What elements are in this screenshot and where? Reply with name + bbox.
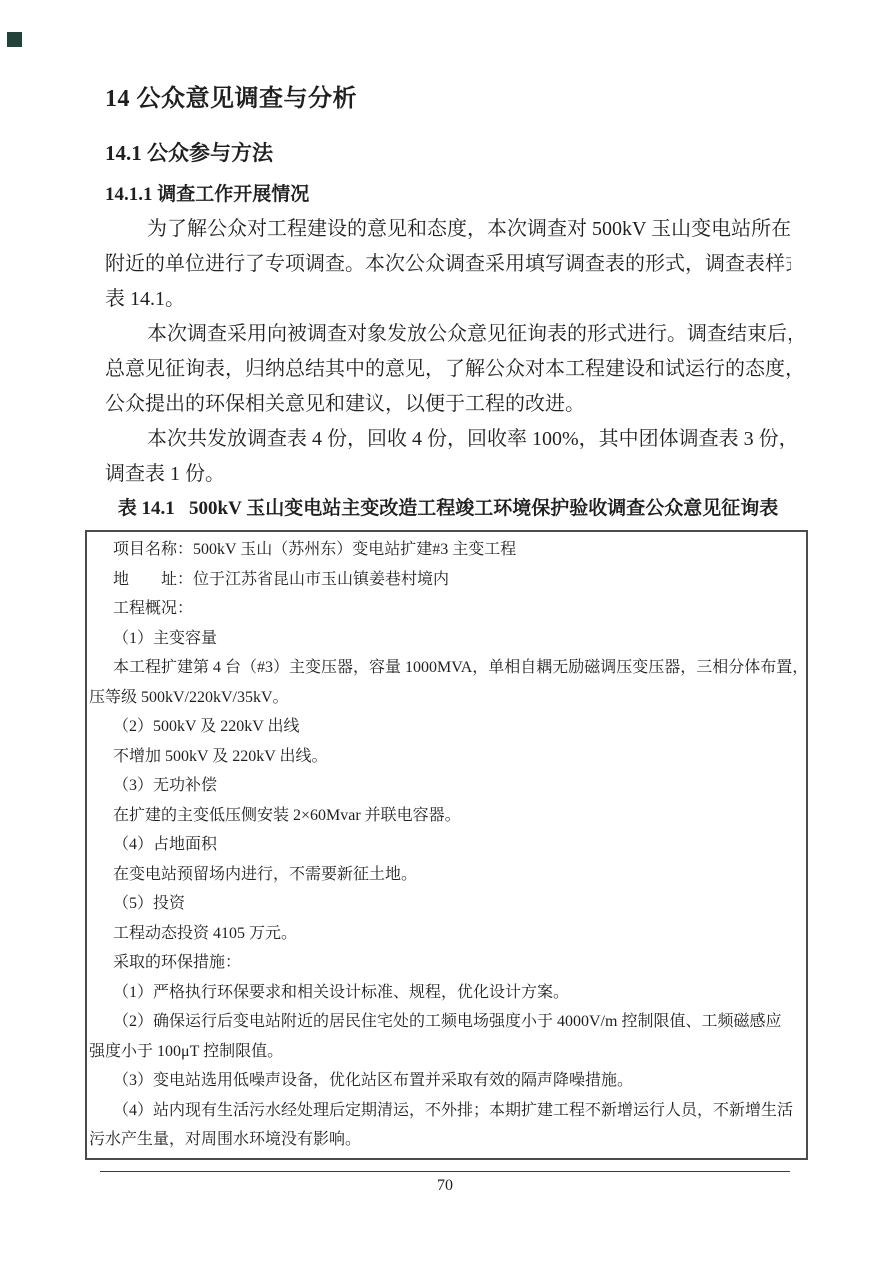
chapter-heading: 14 公众意见调查与分析 [105,84,791,114]
form-box-line: 地 址：位于江苏省昆山市玉山镇姜巷村境内 [87,565,806,595]
form-box-line: 压等级 500kV/220kV/35kV。 [87,683,806,713]
page-content: 14 公众意见调查与分析 14.1 公众参与方法 14.1.1 调查工作开展情况… [105,0,791,521]
form-box-lines: 项目名称：500kV 玉山（苏州东）变电站扩建#3 主变工程地 址：位于江苏省昆… [87,535,806,1155]
form-box-line: （5）投资 [87,889,806,919]
form-box-line: （3）变电站选用低噪声设备，优化站区布置并采取有效的隔声降噪措施。 [87,1066,806,1096]
form-box-line: （1）主变容量 [87,624,806,654]
form-box-line: 在扩建的主变低压侧安装 2×60Mvar 并联电容器。 [87,801,806,831]
paragraph-line: 表 14.1。 [105,282,791,317]
body-text: 为了解公众对工程建设的意见和态度，本次调查对 500kV 玉山变电站所在区域 附… [105,212,791,492]
section-heading: 14.1 公众参与方法 [105,140,791,167]
form-box-line: 强度小于 100μT 控制限值。 [87,1037,806,1067]
form-box-line: （4）站内现有生活污水经处理后定期清运，不外排；本期扩建工程不新增运行人员，不新… [87,1096,806,1126]
page-number: 70 [100,1174,790,1198]
form-box-line: 本工程扩建第 4 台（#3）主变压器，容量 1000MVA，单相自耦无励磁调压变… [87,653,806,683]
paragraph-line: 附近的单位进行了专项调查。本次公众调查采用填写调查表的形式，调查表样式见 [105,247,791,282]
form-box-line: 在变电站预留场内进行，不需要新征土地。 [87,860,806,890]
form-box-line: 工程动态投资 4105 万元。 [87,919,806,949]
paragraph-line: 为了解公众对工程建设的意见和态度，本次调查对 500kV 玉山变电站所在区域 [105,212,791,247]
paragraph-line: 本次调查采用向被调查对象发放公众意见征询表的形式进行。调查结束后，汇 [105,317,791,352]
subsection-heading: 14.1.1 调查工作开展情况 [105,182,791,207]
form-box-line: 污水产生量，对周围水环境没有影响。 [87,1125,806,1155]
form-box-line: （1）严格执行环保要求和相关设计标准、规程，优化设计方案。 [87,978,806,1008]
form-box-line: （4）占地面积 [87,830,806,860]
form-box: 项目名称：500kV 玉山（苏州东）变电站扩建#3 主变工程地 址：位于江苏省昆… [85,530,808,1160]
form-box-line: 项目名称：500kV 玉山（苏州东）变电站扩建#3 主变工程 [87,535,806,565]
paragraph-line: 总意见征询表，归纳总结其中的意见，了解公众对本工程建设和试运行的态度，将 [105,352,791,387]
form-box-line: （3）无功补偿 [87,771,806,801]
document-page: 14 公众意见调查与分析 14.1 公众参与方法 14.1.1 调查工作开展情况… [0,0,893,1263]
paragraph-line: 本次共发放调查表 4 份，回收 4 份，回收率 100%，其中团体调查表 3 份… [105,422,791,457]
form-box-line: （2）确保运行后变电站附近的居民住宅处的工频电场强度小于 4000V/m 控制限… [87,1007,806,1037]
paragraph-line: 公众提出的环保相关意见和建议，以便于工程的改进。 [105,387,791,422]
form-box-line: （2）500kV 及 220kV 出线 [87,712,806,742]
table-caption: 表 14.1 500kV 玉山变电站主变改造工程竣工环境保护验收调查公众意见征询… [105,496,791,521]
paragraph-line: 调查表 1 份。 [105,457,791,492]
form-box-line: 不增加 500kV 及 220kV 出线。 [87,742,806,772]
corner-artifact-mark [7,32,22,47]
footer-divider [100,1171,790,1172]
form-box-line: 工程概况： [87,594,806,624]
form-box-line: 采取的环保措施： [87,948,806,978]
